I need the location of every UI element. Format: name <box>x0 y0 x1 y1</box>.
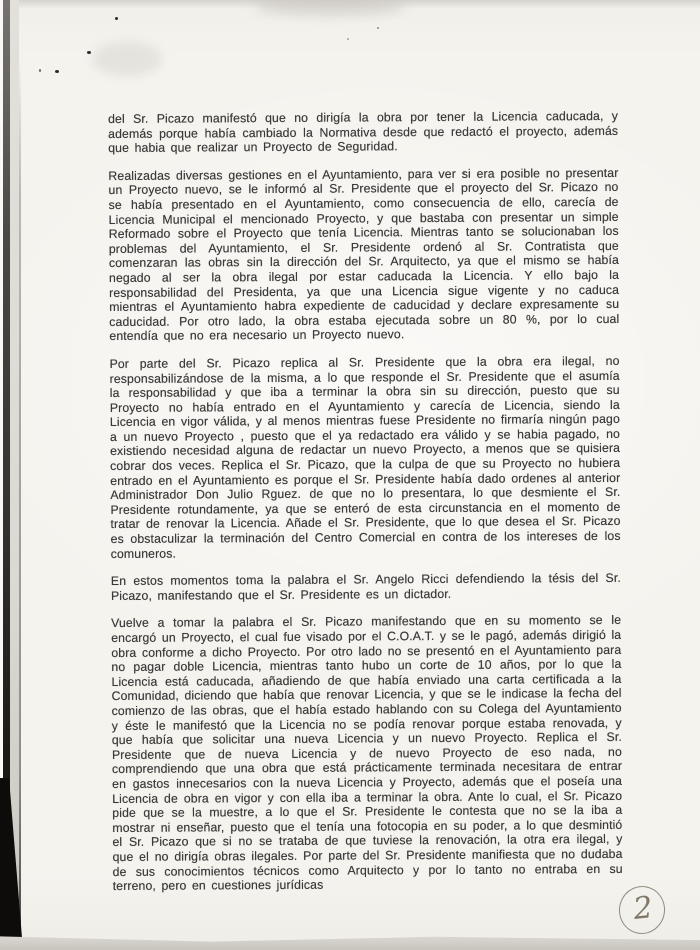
scan-left-edge-line <box>19 60 21 950</box>
scanned-page: del Sr. Picazo manifestó que no dirigía … <box>0 0 700 950</box>
ink-speck <box>55 70 59 73</box>
ink-speck <box>115 17 118 20</box>
ink-speck <box>87 51 91 54</box>
paragraph-4: En estos momentos toma la palabra el Sr.… <box>111 571 621 603</box>
document-text: del Sr. Picazo manifestó que no dirigía … <box>108 109 623 894</box>
scan-bottom-edge-shadow <box>0 928 700 950</box>
scan-smudge <box>255 0 405 16</box>
scan-smudge <box>92 42 162 76</box>
handwritten-page-number: 2 <box>619 886 669 938</box>
paragraph-3: Por parte del Sr. Picazo replica al Sr. … <box>109 354 620 561</box>
paragraph-5: Vuelve a tomar la palabra el Sr. Picazo … <box>111 613 623 893</box>
paragraph-2: Realizadas diversas gestiones en el Ayun… <box>108 166 619 344</box>
paragraph-1: del Sr. Picazo manifestó que no dirigía … <box>108 109 618 156</box>
ink-speck <box>39 69 41 72</box>
ink-speck <box>377 27 379 29</box>
ink-speck <box>347 38 349 40</box>
page-number-digit: 2 <box>626 891 659 928</box>
